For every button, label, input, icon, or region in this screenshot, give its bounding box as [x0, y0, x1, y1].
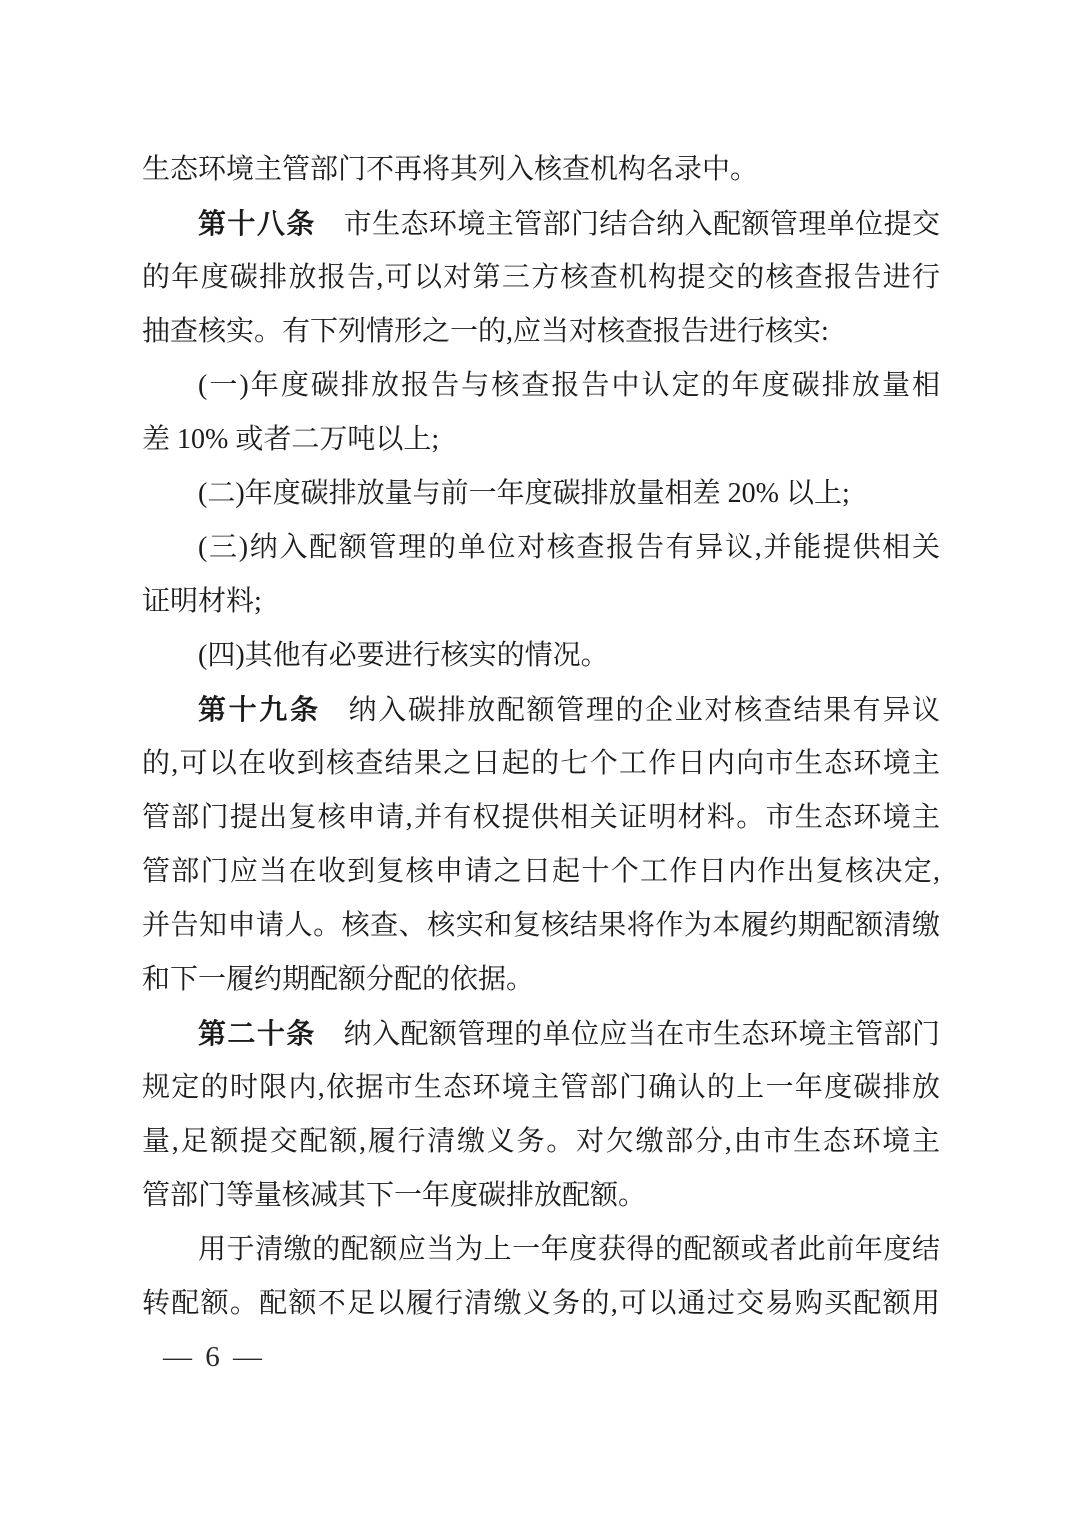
text-line: 管部门应当在收到复核申请之日起十个工作日内作出复核决定, — [142, 845, 940, 899]
article-heading-line: 第十八条市生态环境主管部门结合纳入配额管理单位提交 — [142, 197, 940, 251]
text-line: 并告知申请人。核查、核实和复核结果将作为本履约期配额清缴 — [142, 899, 940, 953]
text-line: 转配额。配额不足以履行清缴义务的,可以通过交易购买配额用 — [142, 1277, 940, 1331]
article-heading-text: 纳入碳排放配额管理的企业对核查结果有异议 — [349, 695, 940, 726]
list-item-line: (四)其他有必要进行核实的情况。 — [142, 629, 940, 683]
article-number: 第十八条 — [198, 208, 316, 239]
text-line: 和下一履约期配额分配的依据。 — [142, 953, 940, 1007]
article-heading-line: 第十九条纳入碳排放配额管理的企业对核查结果有异议 — [142, 683, 940, 737]
document-page: 生态环境主管部门不再将其列入核查机构名录中。 第十八条市生态环境主管部门结合纳入… — [0, 0, 1080, 1527]
text-line: 管部门等量核减其下一年度碳排放配额。 — [142, 1169, 940, 1223]
text-line: 生态环境主管部门不再将其列入核查机构名录中。 — [142, 143, 940, 197]
list-item-line: (一)年度碳排放报告与核查报告中认定的年度碳排放量相 — [142, 359, 940, 413]
article-number: 第十九条 — [198, 694, 321, 725]
article-heading-text: 纳入配额管理的单位应当在市生态环境主管部门 — [344, 1019, 940, 1050]
text-line: 管部门提出复核申请,并有权提供相关证明材料。市生态环境主 — [142, 791, 940, 845]
document-body: 生态环境主管部门不再将其列入核查机构名录中。 第十八条市生态环境主管部门结合纳入… — [142, 143, 940, 1331]
text-line: 证明材料; — [142, 575, 940, 629]
text-line: 差 10% 或者二万吨以上; — [142, 413, 940, 467]
text-line: 抽查核实。有下列情形之一的,应当对核查报告进行核实: — [142, 305, 940, 359]
list-item-line: (三)纳入配额管理的单位对核查报告有异议,并能提供相关 — [142, 521, 940, 575]
article-heading-line: 第二十条纳入配额管理的单位应当在市生态环境主管部门 — [142, 1007, 940, 1061]
text-line: 的年度碳排放报告,可以对第三方核查机构提交的核查报告进行 — [142, 251, 940, 305]
text-line: 的,可以在收到核查结果之日起的七个工作日内向市生态环境主 — [142, 737, 940, 791]
text-line: 用于清缴的配额应当为上一年度获得的配额或者此前年度结 — [142, 1223, 940, 1277]
text-line: 规定的时限内,依据市生态环境主管部门确认的上一年度碳排放 — [142, 1061, 940, 1115]
page-number: — 6 — — [163, 1330, 265, 1384]
article-number: 第二十条 — [198, 1018, 316, 1049]
article-heading-text: 市生态环境主管部门结合纳入配额管理单位提交 — [344, 209, 940, 240]
list-item-line: (二)年度碳排放量与前一年度碳排放量相差 20% 以上; — [142, 467, 940, 521]
text-line: 量,足额提交配额,履行清缴义务。对欠缴部分,由市生态环境主 — [142, 1115, 940, 1169]
